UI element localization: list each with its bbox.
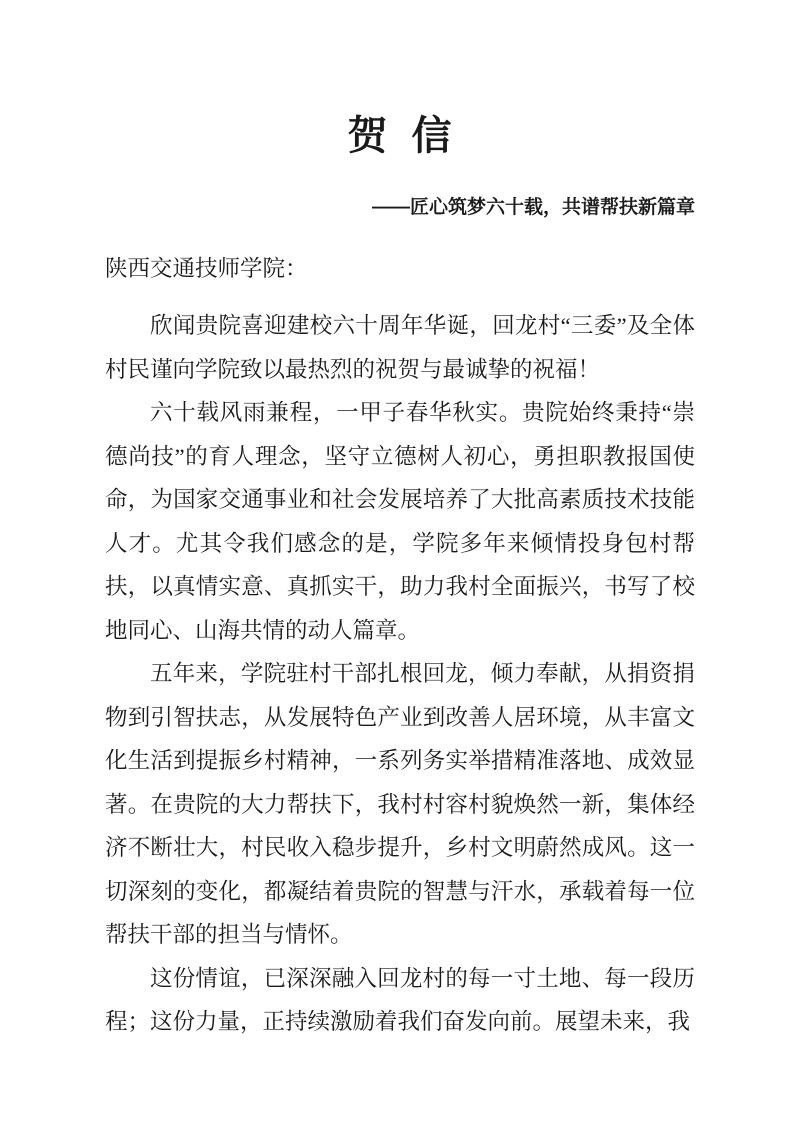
document-page: 贺 信 ——匠心筑梦六十载，共谱帮扶新篇章 陕西交通技师学院： 欣闻贵院喜迎建校… xyxy=(0,0,800,1131)
body-paragraph-3: 五年来，学院驻村干部扎根回龙，倾力奉献，从捐资捐物到引智扶志，从发展特色产业到改… xyxy=(105,652,695,957)
body-paragraph-2: 六十载风雨兼程，一甲子春华秋实。贵院始终秉持“崇德尚技”的育人理念，坚守立德树人… xyxy=(105,391,695,652)
letter-subtitle: ——匠心筑梦六十载，共谱帮扶新篇章 xyxy=(105,196,695,221)
letter-salutation: 陕西交通技师学院： xyxy=(105,247,695,291)
body-paragraph-4: 这份情谊，已深深融入回龙村的每一寸土地、每一段历程；这份力量，正持续激励着我们奋… xyxy=(105,957,695,1044)
letter-body: 欣闻贵院喜迎建校六十周年华诞，回龙村“三委”及全体村民谨向学院致以最热烈的祝贺与… xyxy=(105,304,695,1044)
body-paragraph-1: 欣闻贵院喜迎建校六十周年华诞，回龙村“三委”及全体村民谨向学院致以最热烈的祝贺与… xyxy=(105,304,695,391)
letter-title: 贺 信 xyxy=(105,112,695,160)
